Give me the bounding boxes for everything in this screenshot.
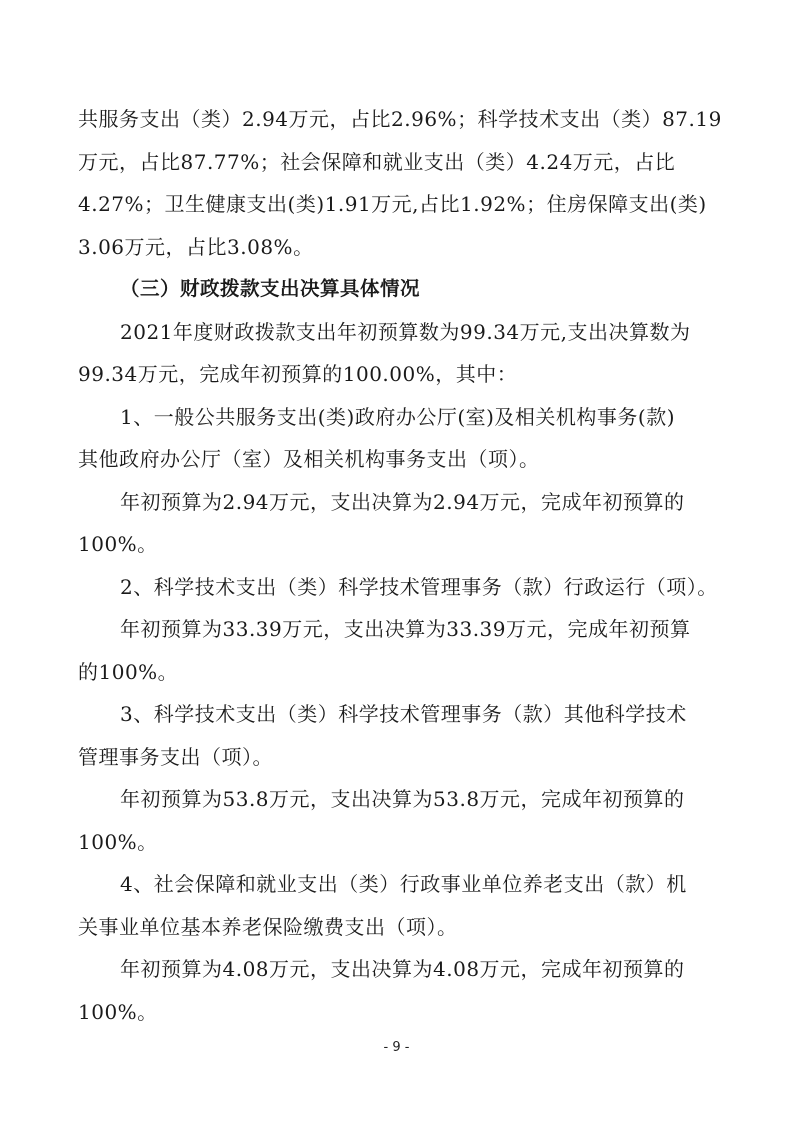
page-number: - 9 - xyxy=(0,1040,793,1055)
section-heading: （三）财政拨款支出决算具体情况 xyxy=(78,268,715,311)
text-line: 年初预算为4.08万元，支出决算为4.08万元，完成年初预算的 xyxy=(78,948,715,991)
text-line: 关事业单位基本养老保险缴费支出（项）。 xyxy=(78,906,715,949)
text-line: 100%。 xyxy=(78,991,715,1034)
list-item-3: 3、科学技术支出（类）科学技术管理事务（款）其他科学技术 xyxy=(78,693,715,736)
text-line: 年初预算为2.94万元，支出决算为2.94万元，完成年初预算的 xyxy=(78,481,715,524)
document-page: 共服务支出（类）2.94万元，占比2.96%；科学技术支出（类）87.19 万元… xyxy=(78,98,715,1033)
text-line: 的100%。 xyxy=(78,651,715,694)
text-line: 4.27%；卫生健康支出(类)1.91万元,占比1.92%；住房保障支出(类) xyxy=(78,183,715,226)
text-line: 100%。 xyxy=(78,821,715,864)
text-line: 共服务支出（类）2.94万元，占比2.96%；科学技术支出（类）87.19 xyxy=(78,98,715,141)
text-line: 99.34万元，完成年初预算的100.00%，其中： xyxy=(78,353,715,396)
text-line: 年初预算为33.39万元，支出决算为33.39万元，完成年初预算 xyxy=(78,608,715,651)
text-line: 其他政府办公厅（室）及相关机构事务支出（项）。 xyxy=(78,438,715,481)
list-item-2: 2、科学技术支出（类）科学技术管理事务（款）行政运行（项）。 xyxy=(78,566,715,609)
text-line: 100%。 xyxy=(78,523,715,566)
list-item-4: 4、社会保障和就业支出（类）行政事业单位养老支出（款）机 xyxy=(78,863,715,906)
list-item-1: 1、一般公共服务支出(类)政府办公厅(室)及相关机构事务(款) xyxy=(78,396,715,439)
text-line: 年初预算为53.8万元，支出决算为53.8万元，完成年初预算的 xyxy=(78,778,715,821)
text-line: 万元，占比87.77%；社会保障和就业支出（类）4.24万元，占比 xyxy=(78,141,715,184)
text-line: 管理事务支出（项）。 xyxy=(78,736,715,779)
text-line: 2021年度财政拨款支出年初预算数为99.34万元,支出决算数为 xyxy=(78,311,715,354)
text-line: 3.06万元，占比3.08%。 xyxy=(78,226,715,269)
